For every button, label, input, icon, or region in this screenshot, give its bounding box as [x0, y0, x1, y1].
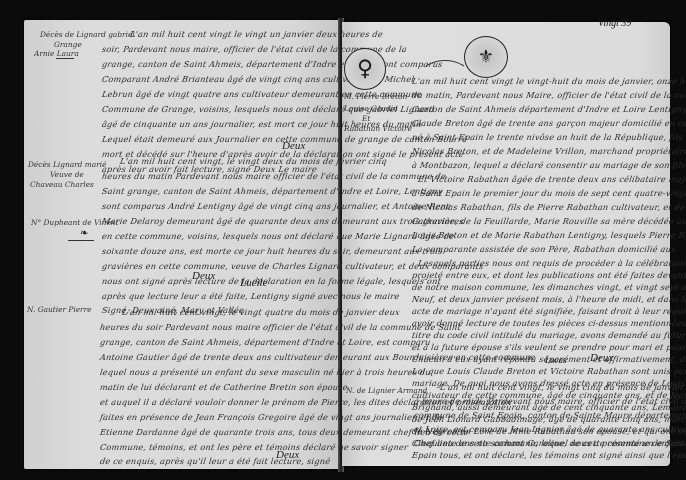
text-line: L'an mil huit cent vingt, le vingt deux …	[119, 156, 387, 166]
text-line: acte de mariage n'ayant été signifiée, f…	[411, 306, 686, 316]
margin-note: Rabathan Victoire	[344, 124, 412, 133]
text-line: Chef lieu de cette commune, lequel nous …	[413, 438, 686, 448]
text-line: de Nicolas Rabathan, fils de Pierre Raba…	[411, 202, 686, 212]
text-line: L'an mil huit cent vingt le vingt un jan…	[129, 29, 383, 39]
margin-note: Veuve de	[50, 170, 84, 179]
text-line: et Loire, est comparu Jean Lignier âgé d…	[413, 424, 686, 434]
margin-note: N° Dupheant de Vinent	[31, 218, 118, 227]
text-line: Loi que Louis Claude Breton et Victoire …	[411, 366, 686, 376]
page-number: Vingt 39	[598, 18, 631, 29]
fleur-de-lis-icon: ⚜	[478, 47, 494, 68]
text-line: Epain tous, et ont déclaré, les témoins …	[411, 450, 686, 460]
text-line: Commune, témoins, et ont les père et tém…	[99, 442, 409, 452]
text-line: Lesquels parties nous ont requis de proc…	[417, 258, 686, 268]
margin-note: Chaveau Charles	[30, 180, 94, 189]
text-line: L'an mil huit cent vingt, le vingt cinq …	[439, 382, 685, 392]
text-line: soixante douze ans, est morte ce jour hu…	[101, 246, 443, 256]
signature: Deux	[276, 449, 299, 461]
signature-secondary: Lucas	[545, 355, 567, 365]
text-line: de notre maison commune, les dimanches v…	[411, 282, 686, 292]
margin-note: N. Gautier Pierre	[27, 305, 92, 314]
margin-note: M. Pierre Breton	[344, 92, 407, 101]
text-line: matin de lui déclarant et de Catherine B…	[99, 382, 348, 392]
text-line: Louis Breton et de Marie Rabathan Lentig…	[411, 230, 686, 240]
text-line: Canton de Saint Ahmeis département d'Ind…	[411, 104, 686, 114]
signature: Deux	[282, 140, 305, 152]
text-line: commune de Saint Epain, canton de Sainte…	[413, 410, 686, 420]
text-line: heures du matin Pardevant nous maire off…	[101, 171, 446, 181]
text-line: après que lecture leur a été faite, Lent…	[101, 291, 400, 301]
fiscal-stamp-figure: ♀	[344, 48, 386, 90]
text-line: grange, canton de Saint Ahmeis, départem…	[99, 337, 431, 347]
margin-underline	[56, 58, 74, 59]
margin-note: Louise Gaudin	[344, 104, 398, 113]
margin-note: Grange	[54, 40, 82, 49]
text-line: heures du soir Pardevant nous maire offi…	[99, 322, 461, 332]
text-line: Et Victoire Rabathan âgée de trente deux…	[417, 174, 686, 184]
text-line: projeté entre eux, et dont les publicati…	[411, 270, 686, 280]
text-line: Nicolas Breton, et de Madeleine Vrillon,…	[411, 146, 686, 156]
allegorical-figure-icon: ♀	[357, 57, 373, 82]
margin-note: N. de Lignier Armand	[346, 386, 427, 395]
margin-underline	[68, 240, 94, 241]
text-line: avoir donné lecture de toutes les pièces…	[411, 318, 686, 328]
text-line: L'an mil huit cent vingt, le vingt quatr…	[121, 307, 400, 317]
signature: Deux	[192, 270, 215, 282]
text-line: L'an mil huit cent vingt le vingt-huit d…	[411, 76, 686, 86]
text-line: titre du code civil intitulé du mariage,…	[411, 330, 686, 340]
text-line: Marie Delaroy demeurant âgé de quarante …	[101, 216, 464, 226]
text-line: à Montbazon, lequel a déclaré consentir …	[411, 160, 686, 170]
text-line: grange, canton de Saint Ahmeis, départem…	[101, 59, 443, 69]
text-line: à Saint Epain le premier jour du mois de…	[411, 188, 686, 198]
text-line: né à Saint Epain le trente nivôse an hui…	[411, 132, 686, 142]
text-line: Catherine, de la Feuillarde, Marie Rouvi…	[411, 216, 686, 226]
text-line: La comparante assistée de son Père, Raba…	[411, 244, 676, 254]
text-line: en cette commune, voisins, lesquels nous…	[101, 231, 455, 241]
text-line: Saint grange, canton de Saint Ahmeis, dé…	[101, 186, 443, 196]
text-line: sont comparus André Lentigny âgé de ving…	[101, 201, 452, 211]
text-line: lequel nous a présenté un enfant du sexe…	[99, 367, 431, 377]
margin-note: Arnie Laura	[34, 49, 79, 58]
text-line: Claude Breton âgé de trente ans garçon m…	[411, 118, 686, 128]
margin-note: Et	[362, 114, 370, 123]
text-line: Neuf, et deux janvier présent mois, à l'…	[411, 294, 686, 304]
signature-secondary: Lucile	[240, 277, 268, 289]
signature: Deux	[590, 352, 613, 364]
fiscal-stamp-crown: ⚜	[464, 36, 508, 78]
margin-note: Décès de Lignard gabriel	[40, 30, 135, 39]
text-line: du matin, Pardevant nous Maire, officier…	[411, 90, 686, 100]
margin-note: Décès Lignard marié	[28, 160, 106, 169]
text-line: faites en présence de Jean François Greg…	[99, 412, 443, 422]
paraph-icon: ❧	[80, 228, 88, 239]
text-line: nous ont signé après lecture de la décla…	[101, 276, 442, 286]
text-line: et à la future épouse s'ils veulent se p…	[411, 342, 686, 352]
text-line: à heure de midi, Pardevant nous maire, o…	[413, 396, 686, 406]
